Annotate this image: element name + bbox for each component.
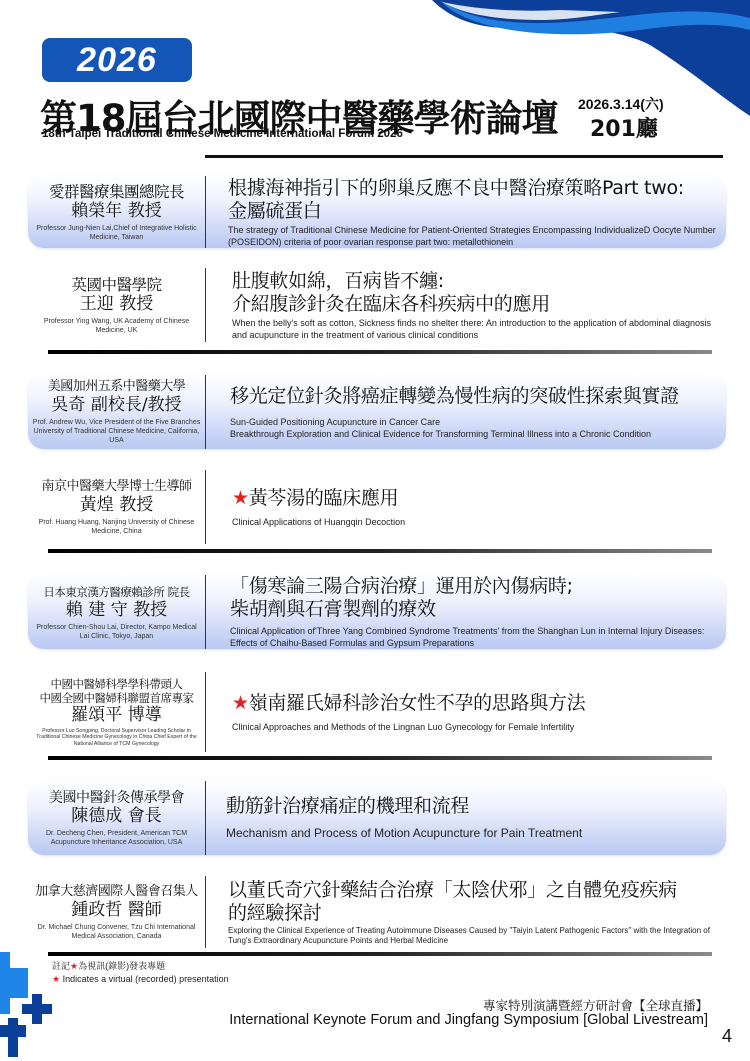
speaker-organization: 南京中醫藥大學博士生導師: [32, 479, 201, 495]
program-entry: 美國加州五系中醫藥大學 吳奇 副校長/教授 Prof. Andrew Wu, V…: [28, 375, 726, 449]
speaker-name: 陳德成 會長: [32, 806, 201, 826]
talk-block: 根據海神指引下的卵巢反應不良中醫治療策略Part two: 金屬硫蛋白 The …: [206, 176, 726, 248]
talk-block: 「傷寒論三陽合病治療」運用於內傷病時; 柴胡劑與石膏製劑的療效 Clinical…: [206, 575, 726, 649]
program-entry: 英國中醫學院 王迎 教授 Professor Ying Wang, UK Aca…: [28, 268, 726, 342]
section-divider: [48, 756, 712, 760]
virtual-star-icon: ★: [232, 487, 249, 509]
talk-title-zh: 移光定位針灸將癌症轉變為慢性病的突破性探索與實證: [230, 385, 726, 408]
event-date: 2026.3.14(六): [578, 94, 664, 114]
talk-title-zh-text: 嶺南羅氏婦科診治女性不孕的思路與方法: [249, 692, 586, 714]
speaker-organization: 英國中醫學院: [32, 276, 201, 294]
section-divider: [48, 952, 712, 956]
talk-title-en: Clinical Approaches and Methods of the L…: [232, 721, 726, 733]
speaker-name: 吳奇 副校長/教授: [32, 395, 201, 415]
speaker-organization-line2: 中國全國中醫婦科聯盟首席專家: [32, 691, 201, 705]
talk-title-zh: ★黃芩湯的臨床應用: [232, 487, 726, 510]
speaker-name: 黃煌 教授: [32, 495, 201, 515]
talk-title-zh-line2: 介紹腹診針灸在臨床各科疾病中的應用: [232, 293, 726, 316]
speaker-organization: 加拿大慈濟國際人醫會召集人: [32, 884, 201, 900]
talk-title-en: Exploring the Clinical Experience of Tre…: [228, 926, 726, 946]
talk-title-en: Sun-Guided Positioning Acupuncture in Ca…: [230, 416, 726, 428]
speaker-organization: 中國中醫婦科學學科帶頭人: [32, 677, 201, 691]
virtual-star-icon: ★: [70, 961, 78, 971]
page-subtitle: 18th Taipei Traditional Chinese Medicine…: [42, 128, 403, 140]
speaker-block: 南京中醫藥大學博士生導師 黃煌 教授 Prof. Huang Huang, Na…: [28, 470, 205, 544]
section-divider: [48, 350, 712, 354]
talk-title-zh: 以董氏奇穴針藥結合治療「太陰伏邪」之自體免疫疾病: [228, 879, 726, 902]
speaker-english: Professor Luo Songping, Doctoral Supervi…: [32, 728, 201, 748]
talk-block: ★黃芩湯的臨床應用 Clinical Applications of Huang…: [206, 470, 726, 544]
section-divider: [48, 549, 712, 553]
talk-block: 動筋針治療痛症的機理和流程 Mechanism and Process of M…: [206, 781, 726, 855]
talk-block: 移光定位針灸將癌症轉變為慢性病的突破性探索與實證 Sun-Guided Posi…: [206, 375, 726, 449]
speaker-english: Professor Chien-Shou Lai, Director, Kamp…: [32, 623, 201, 641]
speaker-name: 羅頌平 博導: [32, 705, 201, 725]
footnote-zh: 註記★為視訊(錄影)發表專題: [52, 960, 229, 973]
speaker-name: 賴 建 守 教授: [32, 600, 201, 620]
speaker-block: 愛群醫療集團總院長 賴榮年 教授 Professor Jung-Nien Lai…: [28, 176, 205, 248]
medical-cross-decoration-icon: [0, 952, 60, 1061]
speaker-english: Professor Ying Wang, UK Academy of Chine…: [32, 317, 201, 335]
speaker-organization: 美國加州五系中醫藥大學: [32, 379, 201, 395]
speaker-block: 日本東京漢方醫療賴診所 院長 賴 建 守 教授 Professor Chien-…: [28, 575, 205, 649]
speaker-name: 賴榮年 教授: [32, 201, 201, 221]
talk-title-zh: 動筋針治療痛症的機理和流程: [226, 795, 726, 818]
program-entry: 愛群醫療集團總院長 賴榮年 教授 Professor Jung-Nien Lai…: [28, 176, 726, 248]
footer-title-en: International Keynote Forum and Jingfang…: [229, 1012, 708, 1028]
talk-title-zh-line2: 柴胡劑與石膏製劑的療效: [230, 598, 726, 621]
talk-title-zh: 「傷寒論三陽合病治療」運用於內傷病時;: [230, 575, 726, 598]
talk-title-en: When the belly's soft as cotton, Sicknes…: [232, 317, 726, 341]
speaker-block: 英國中醫學院 王迎 教授 Professor Ying Wang, UK Aca…: [28, 268, 205, 342]
speaker-organization: 日本東京漢方醫療賴診所 院長: [32, 584, 201, 600]
year-badge: 2026: [42, 38, 192, 82]
program-entry: 中國中醫婦科學學科帶頭人 中國全國中醫婦科聯盟首席專家 羅頌平 博導 Profe…: [28, 672, 726, 752]
talk-title-zh-line2: 金屬硫蛋白: [228, 200, 726, 223]
speaker-english: Professor Jung-Nien Lai,Chief of Integra…: [32, 224, 201, 242]
talk-title-zh-text: 黃芩湯的臨床應用: [249, 487, 399, 509]
talk-title-en: Clinical Application of'Three Yang Combi…: [230, 625, 726, 649]
page-number: 4: [722, 1026, 732, 1047]
speaker-organization: 愛群醫療集團總院長: [32, 183, 201, 201]
speaker-english: Prof. Andrew Wu, Vice President of the F…: [32, 418, 201, 445]
speaker-english: Dr. Michael Chung Convener, Tzu Chi Inte…: [32, 923, 201, 941]
talk-block: 以董氏奇穴針藥結合治療「太陰伏邪」之自體免疫疾病 的經驗探討 Exploring…: [206, 876, 726, 948]
speaker-name: 鍾政哲 醫師: [32, 900, 201, 920]
talk-title-zh-line2: 的經驗探討: [228, 902, 726, 925]
header-divider: [205, 155, 723, 158]
program-entry: 加拿大慈濟國際人醫會召集人 鍾政哲 醫師 Dr. Michael Chung C…: [28, 876, 726, 948]
event-hall: 201廳: [590, 112, 658, 143]
virtual-star-icon: ★: [232, 692, 249, 714]
talk-block: 肚腹軟如綿，百病皆不纏: 介紹腹診針灸在臨床各科疾病中的應用 When the …: [206, 268, 726, 342]
program-entry: 南京中醫藥大學博士生導師 黃煌 教授 Prof. Huang Huang, Na…: [28, 470, 726, 544]
talk-block: ★嶺南羅氏婦科診治女性不孕的思路與方法 Clinical Approaches …: [206, 672, 726, 752]
talk-title-en: Mechanism and Process of Motion Acupunct…: [226, 826, 726, 841]
program-entry: 日本東京漢方醫療賴診所 院長 賴 建 守 教授 Professor Chien-…: [28, 575, 726, 649]
talk-title-zh: ★嶺南羅氏婦科診治女性不孕的思路與方法: [232, 692, 726, 715]
speaker-name: 王迎 教授: [32, 294, 201, 314]
footnotes: 註記★為視訊(錄影)發表專題 ★ Indicates a virtual (re…: [52, 960, 229, 986]
talk-title-en: Clinical Applications of Huangqin Decoct…: [232, 516, 726, 528]
speaker-english: Prof. Huang Huang, Nanjing University of…: [32, 518, 201, 536]
footnote-en-text: Indicates a virtual (recorded) presentat…: [60, 974, 229, 984]
footnote-zh-text: 為視訊(錄影)發表專題: [78, 961, 165, 971]
talk-title-en: The strategy of Traditional Chinese Medi…: [228, 224, 726, 248]
footnote-en: ★ Indicates a virtual (recorded) present…: [52, 973, 229, 986]
speaker-block: 加拿大慈濟國際人醫會召集人 鍾政哲 醫師 Dr. Michael Chung C…: [28, 876, 205, 948]
talk-title-en-line2: Breakthrough Exploration and Clinical Ev…: [230, 428, 726, 440]
program-entry: 美國中醫針灸傳承學會 陳德成 會長 Dr. Decheng Chen, Pres…: [28, 781, 726, 855]
speaker-organization: 美國中醫針灸傳承學會: [32, 790, 201, 806]
talk-title-zh: 根據海神指引下的卵巢反應不良中醫治療策略Part two:: [228, 177, 726, 200]
speaker-block: 美國中醫針灸傳承學會 陳德成 會長 Dr. Decheng Chen, Pres…: [28, 781, 205, 855]
speaker-block: 中國中醫婦科學學科帶頭人 中國全國中醫婦科聯盟首席專家 羅頌平 博導 Profe…: [28, 672, 205, 752]
speaker-block: 美國加州五系中醫藥大學 吳奇 副校長/教授 Prof. Andrew Wu, V…: [28, 375, 205, 449]
speaker-english: Dr. Decheng Chen, President, American TC…: [32, 829, 201, 847]
talk-title-zh: 肚腹軟如綿，百病皆不纏:: [232, 270, 726, 293]
